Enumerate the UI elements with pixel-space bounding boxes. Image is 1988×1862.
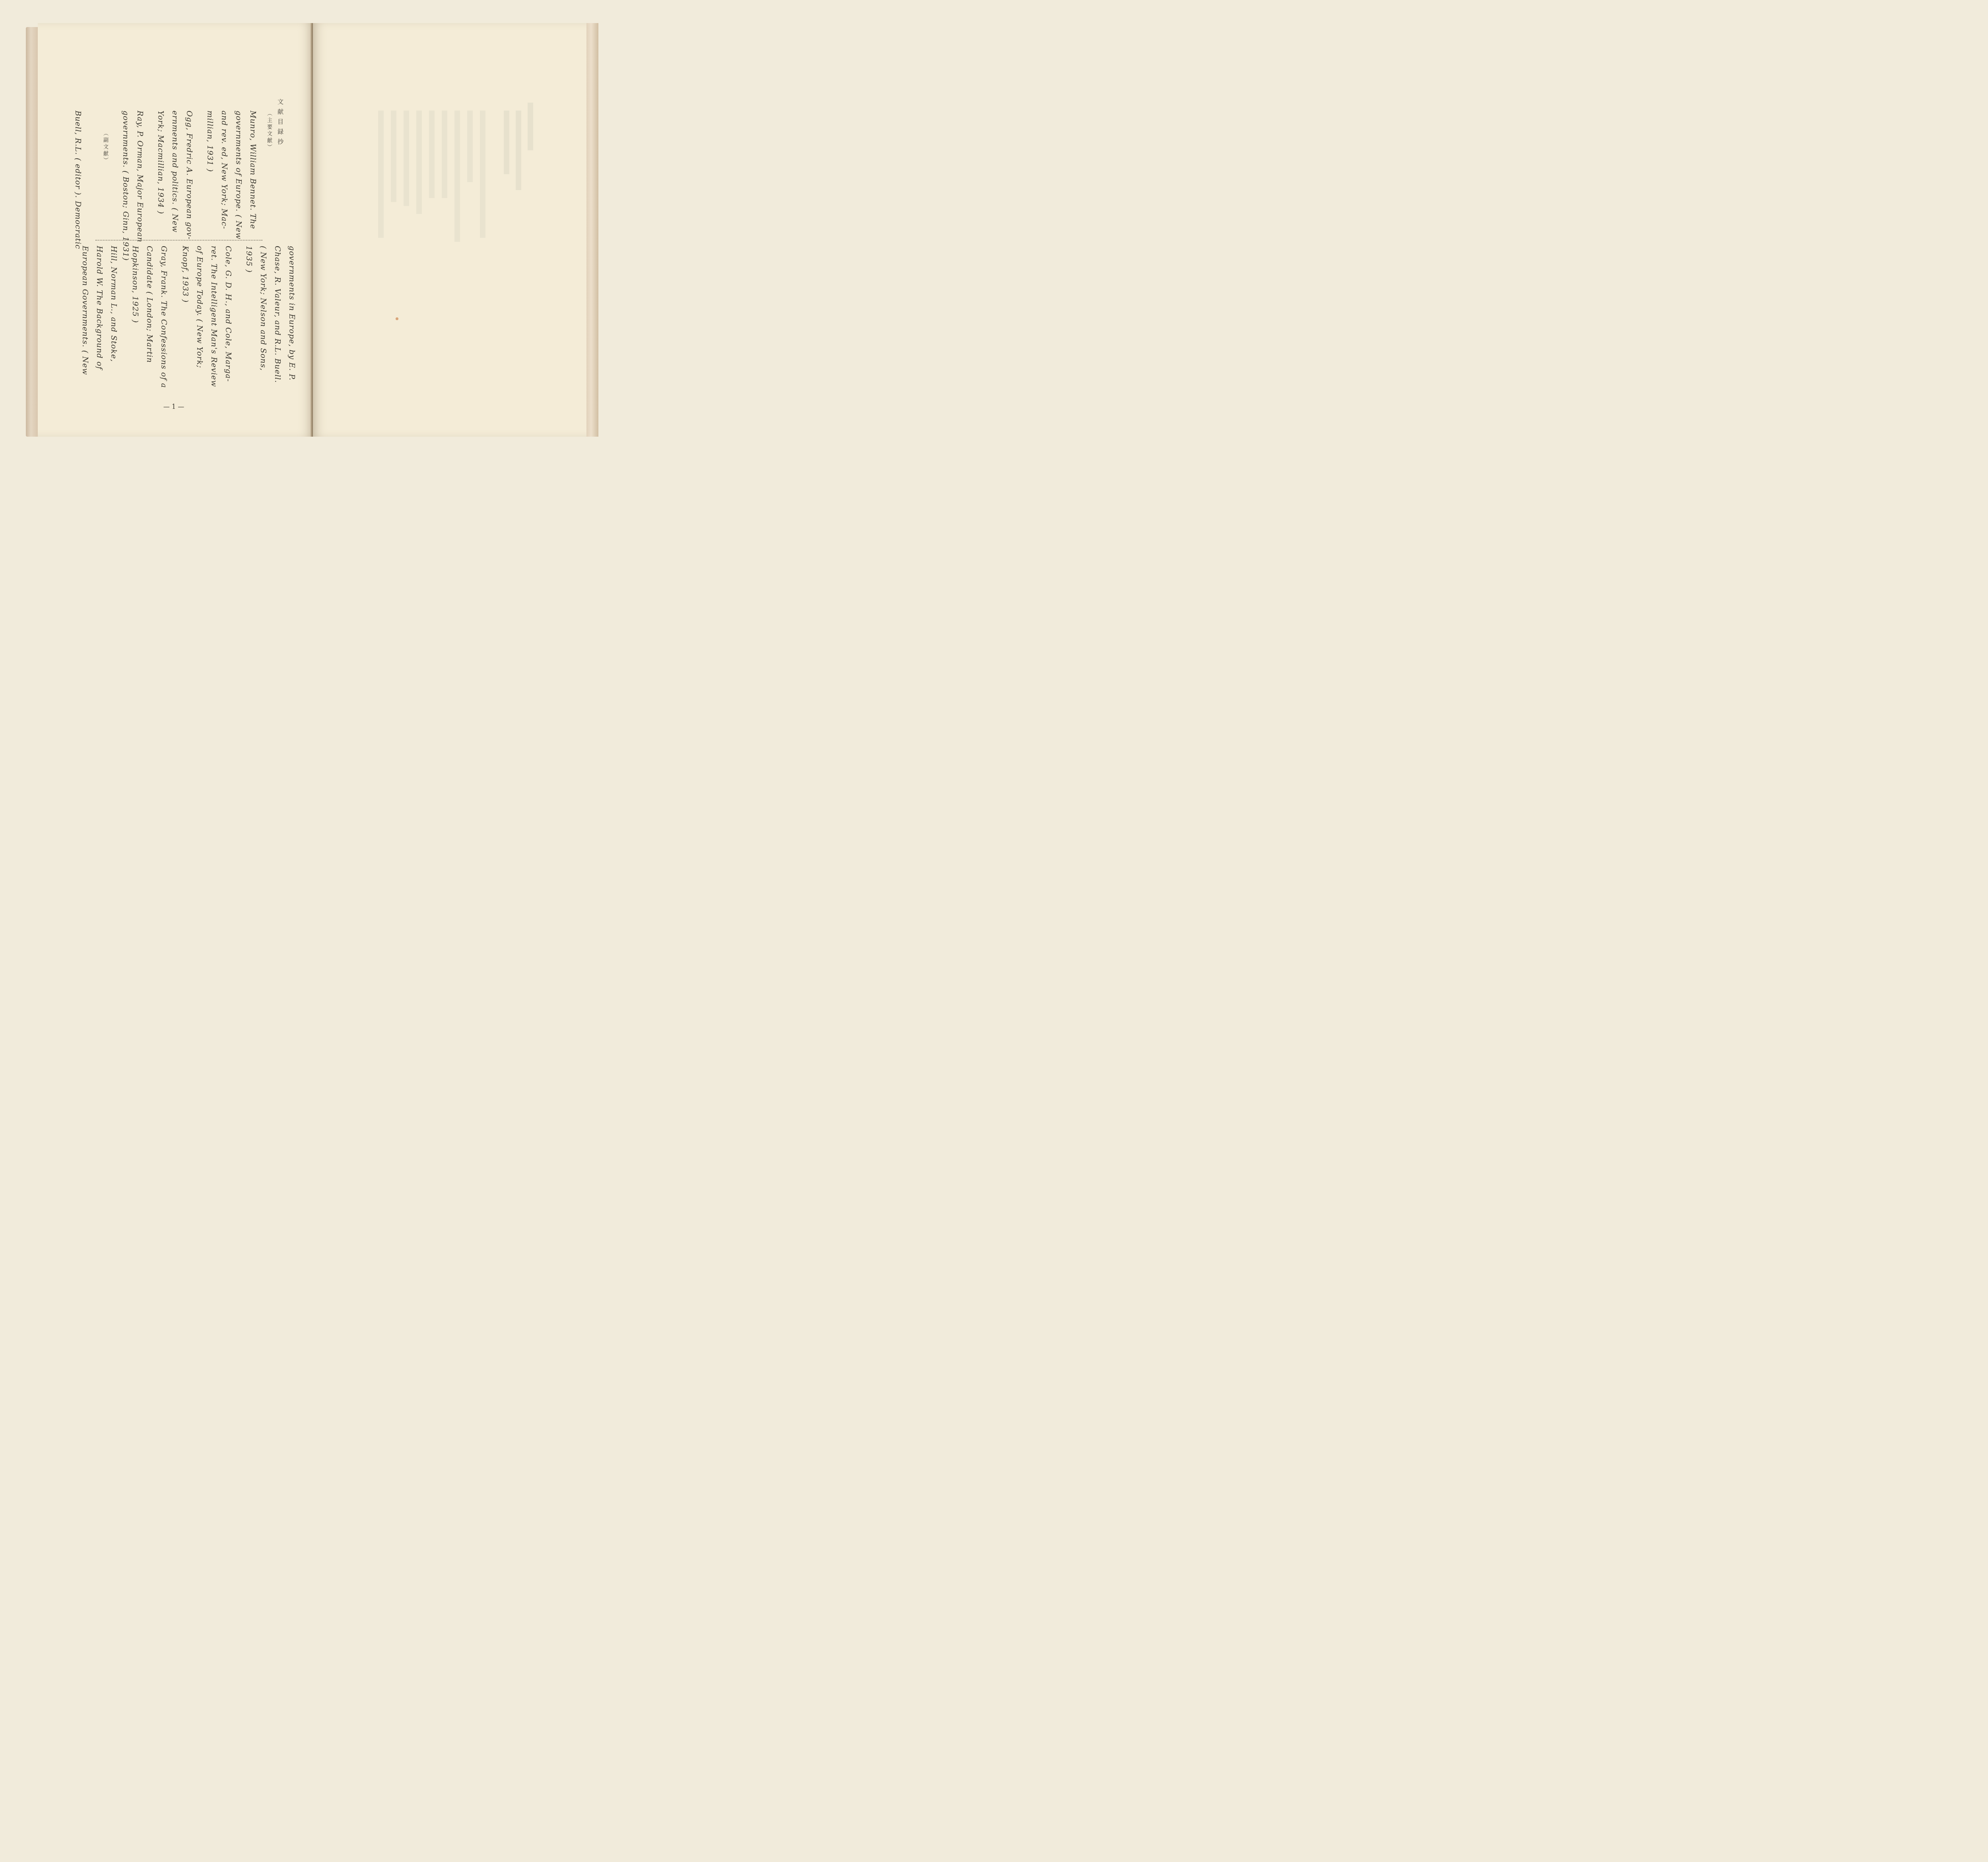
entry-line: governments of Europe. ( New — [234, 111, 243, 239]
dotted-divider — [95, 240, 262, 241]
page-stack-left — [26, 27, 39, 437]
left-page: 文献目録抄 （主要文献） Munro, William Bennet. The … — [38, 23, 312, 437]
entry-line: of Europe Today. ( New York; — [195, 246, 204, 368]
entry-line: Buell, R.L. ( editor ). Democratic — [74, 111, 82, 249]
secondary-sources-heading: （副文献） — [101, 130, 109, 164]
entry-line: Cole, G. D. H., and Cole, Marga- — [224, 246, 233, 382]
bleed-through — [391, 111, 396, 202]
entry-line: Knopf, 1933 ) — [181, 246, 190, 303]
entry-line: millian, 1931 ) — [206, 111, 214, 172]
entry-line: European Governments. ( New — [81, 246, 89, 375]
entry-line: ernments and politics. ( New — [171, 111, 179, 233]
entry-line: Chase, R. Valeur, and R.L. Buell. — [273, 246, 282, 383]
entry-line: Hopkinson, 1925 ) — [131, 246, 140, 323]
primary-sources-heading: （主要文献） — [265, 111, 273, 151]
bleed-through — [404, 111, 409, 206]
entry-line: Candidate ( London; Martin — [145, 246, 154, 363]
entry-line: Munro, William Bennet. The — [248, 111, 257, 229]
bleed-through — [454, 111, 460, 242]
bleed-through — [467, 111, 473, 182]
page-stack-right — [586, 23, 598, 437]
paper-spot — [396, 317, 398, 320]
bleed-through — [480, 111, 485, 238]
entry-line: 1935 ) — [245, 246, 253, 273]
entry-line: Hill, Norman L., and Stoke, — [109, 246, 118, 362]
bleed-through — [429, 111, 435, 198]
bleed-through — [516, 111, 521, 190]
entry-line: governments in Europe, by E. P. — [287, 246, 296, 381]
entry-line: York; Macmillian, 1934 ) — [156, 111, 165, 214]
bleed-through — [504, 111, 509, 174]
bleed-through — [528, 103, 533, 150]
open-book: 文献目録抄 （主要文献） Munro, William Bennet. The … — [26, 23, 598, 437]
entry-line: Harold W. The Background of — [95, 246, 104, 369]
entry-line: and rev. ed, New York; Mac- — [220, 111, 229, 229]
bleed-through — [416, 111, 422, 214]
entry-line: ( New York; Nelson and Sons, — [259, 246, 268, 371]
bibliography-title: 文献目録抄 — [276, 99, 285, 148]
entry-line: Gray, Frank. The Confessions of a — [159, 246, 168, 388]
page-number: — 1 — — [154, 403, 194, 410]
entry-line: governments. ( Boston; Ginn, 1931) — [121, 111, 130, 261]
entry-line: Ogg, Fredric A. European gov- — [185, 111, 194, 240]
bleed-through — [378, 111, 384, 238]
entry-line: ret. The Intelligent Man's Review — [210, 246, 218, 387]
right-page — [313, 23, 587, 437]
bleed-through — [442, 111, 447, 198]
entry-line: Ray, P. Orman, Major European — [136, 111, 144, 243]
